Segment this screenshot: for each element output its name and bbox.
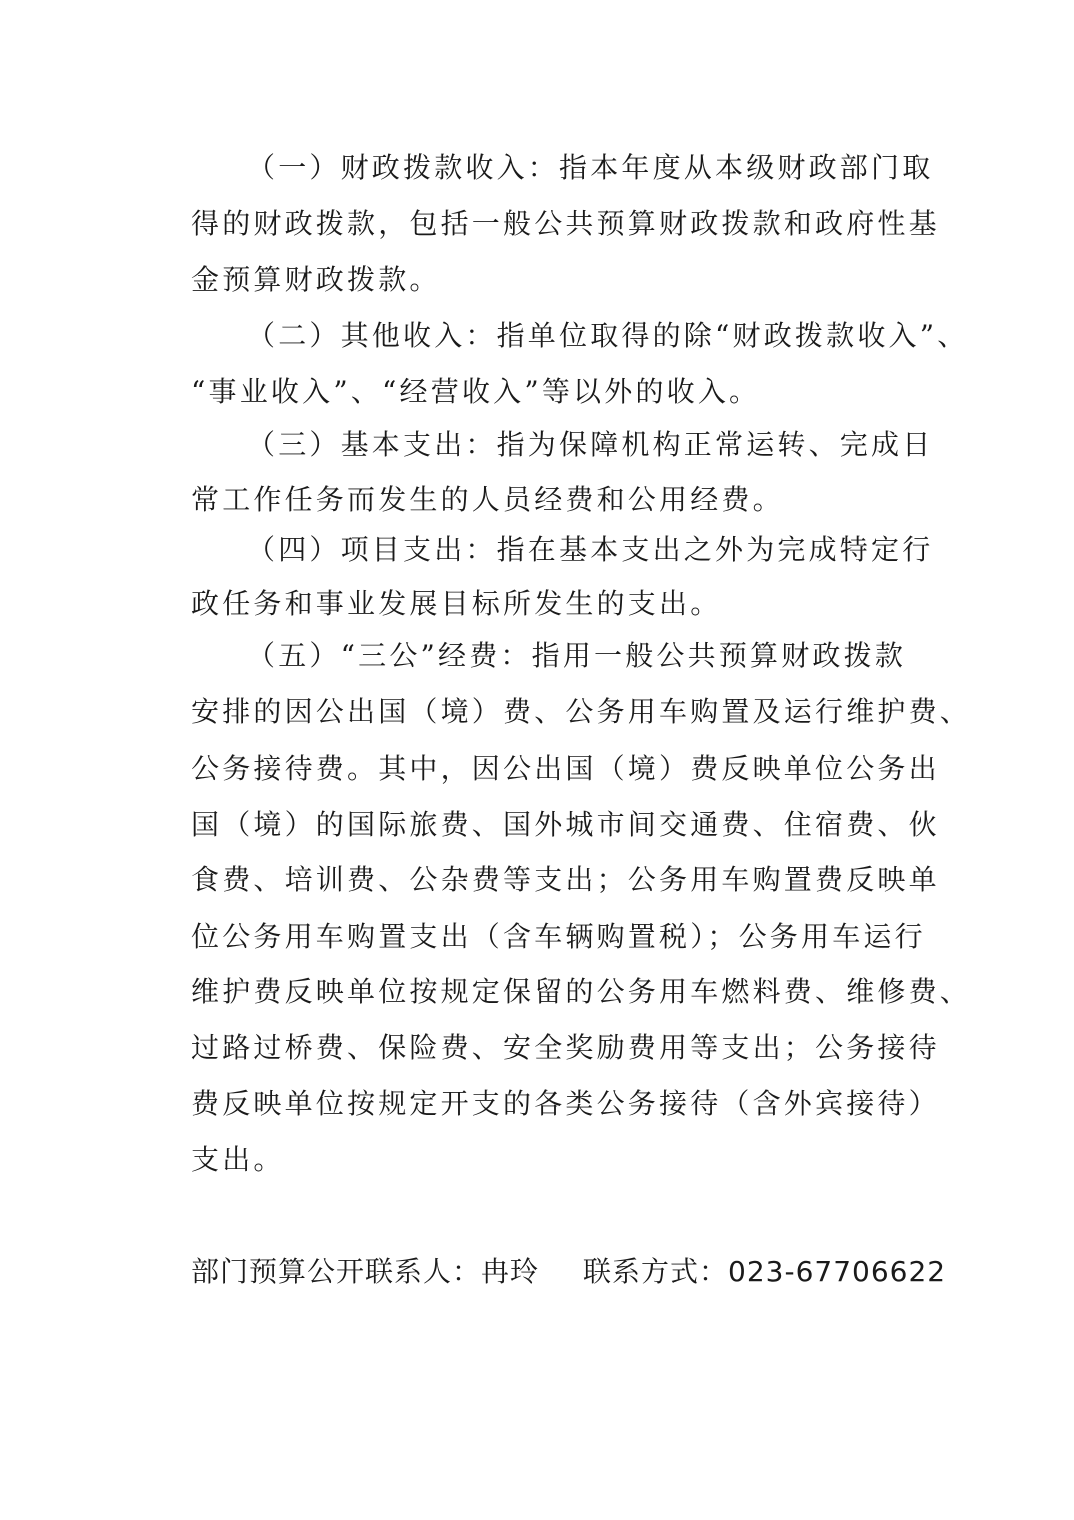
contact-phone: 023-67706622 bbox=[728, 1255, 946, 1288]
paragraph-line: 安排的因公出国（境）费、公务用车购置及运行维护费、 bbox=[191, 692, 901, 732]
paragraph-line: 支出。 bbox=[191, 1140, 901, 1180]
paragraph-line: 食费、培训费、公杂费等支出；公务用车购置费反映单 bbox=[191, 860, 901, 900]
paragraph-line: （五）“三公”经费：指用一般公共预算财政拨款 bbox=[247, 636, 901, 676]
paragraph-line: 位公务用车购置支出（含车辆购置税）；公务用车运行 bbox=[191, 917, 901, 957]
paragraph-line: 过路过桥费、保险费、安全奖励费用等支出；公务接待 bbox=[191, 1028, 901, 1068]
contact-info: 部门预算公开联系人：冉玲联系方式：023-67706622 bbox=[191, 1252, 901, 1292]
paragraph-line: （三）基本支出：指为保障机构正常运转、完成日 bbox=[247, 425, 901, 465]
contact-method-label: 联系方式： bbox=[583, 1255, 728, 1288]
paragraph-line: 金预算财政拨款。 bbox=[191, 260, 901, 300]
paragraph-line: 常工作任务而发生的人员经费和公用经费。 bbox=[191, 480, 901, 520]
contact-person-label: 部门预算公开联系人： bbox=[191, 1255, 481, 1288]
paragraph-line: 公务接待费。其中，因公出国（境）费反映单位公务出 bbox=[191, 749, 901, 789]
paragraph-line: 费反映单位按规定开支的各类公务接待（含外宾接待） bbox=[191, 1084, 901, 1124]
paragraph-line: 维护费反映单位按规定保留的公务用车燃料费、维修费、 bbox=[191, 972, 901, 1012]
paragraph-line: （一）财政拨款收入：指本年度从本级财政部门取 bbox=[247, 148, 901, 188]
contact-person-name: 冉玲 bbox=[481, 1255, 539, 1288]
document-page: （一）财政拨款收入：指本年度从本级财政部门取 得的财政拨款，包括一般公共预算财政… bbox=[0, 0, 1074, 1520]
paragraph-line: “事业收入”、“经营收入”等以外的收入。 bbox=[191, 372, 901, 412]
paragraph-line: （二）其他收入：指单位取得的除“财政拨款收入”、 bbox=[247, 316, 901, 356]
paragraph-line: 得的财政拨款，包括一般公共预算财政拨款和政府性基 bbox=[191, 204, 901, 244]
paragraph-line: 国（境）的国际旅费、国外城市间交通费、住宿费、伙 bbox=[191, 805, 901, 845]
paragraph-line: （四）项目支出：指在基本支出之外为完成特定行 bbox=[247, 530, 901, 570]
paragraph-line: 政任务和事业发展目标所发生的支出。 bbox=[191, 584, 901, 624]
